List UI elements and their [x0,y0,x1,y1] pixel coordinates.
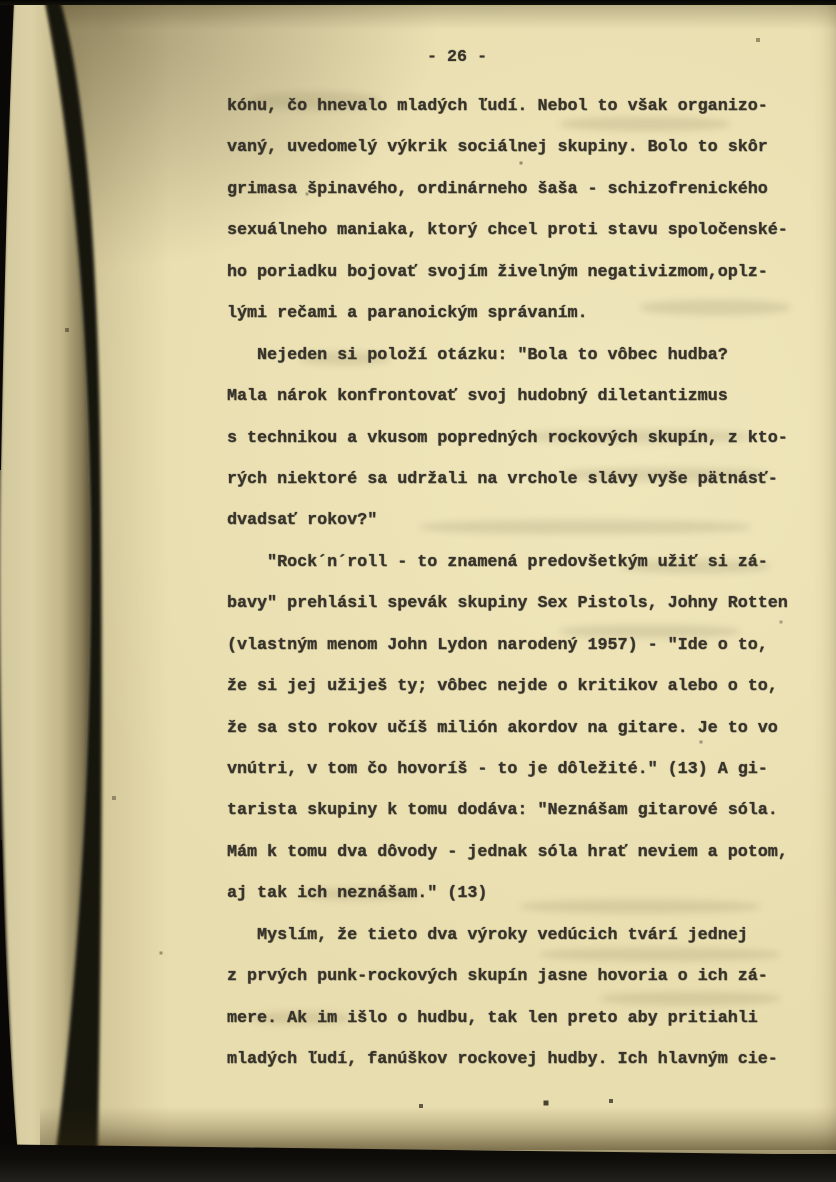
text-line: ho poriadku bojovať svojím živelným nega… [227,252,827,293]
text-line: že sa sto rokov učíš milión akordov na g… [227,708,827,749]
text-line: bavy" prehlásil spevák skupiny Sex Pisto… [227,583,827,624]
text-line: aj tak ich neznášam." (13) [227,873,827,914]
text-line: vnútri, v tom čo hovoríš - to je dôležit… [227,749,827,790]
text-line: z prvých punk-rockových skupín jasne hov… [227,956,827,997]
text-line: Myslím, že tieto dva výroky vedúcich tvá… [227,915,827,956]
text-line: "Rock´n´roll - to znamená predovšetkým u… [227,542,827,583]
text-line: s technikou a vkusom popredných rockovýc… [227,418,827,459]
text-line: mere. Ak im išlo o hudbu, tak len preto … [227,998,827,1039]
text-line: lými rečami a paranoickým správaním. [227,293,827,334]
text-line: mladých ľudí, fanúškov rockovej hudby. I… [227,1039,827,1080]
text-line: Mala nárok konfrontovať svoj hudobný dil… [227,376,827,417]
page-bottom-shadow [40,1106,836,1150]
text-line: Nejeden si položí otázku: "Bola to vôbec… [227,335,827,376]
text-line: Mám k tomu dva dôvody - jednak sóla hrať… [227,832,827,873]
scan-top-edge [0,0,836,5]
book-spine-gutter [0,0,140,1182]
scanned-book-photo: - 26 - kónu, čo hnevalo mladých ľudí. Ne… [0,0,836,1182]
text-line: vaný, uvedomelý výkrik sociálnej skupiny… [227,127,827,168]
text-line: že si jej užiješ ty; vôbec nejde o kriti… [227,666,827,707]
text-line: tarista skupiny k tomu dodáva: "Neznášam… [227,790,827,831]
text-line: (vlastným menom John Lydon narodený 1957… [227,625,827,666]
text-line: rých niektoré sa udržali na vrchole sláv… [227,459,827,500]
text-line: kónu, čo hnevalo mladých ľudí. Nebol to … [227,86,827,127]
text-block: kónu, čo hnevalo mladých ľudí. Nebol to … [227,86,827,1081]
text-line: dvadsať rokov?" [227,500,827,541]
page-number: - 26 - [427,48,487,68]
text-line: grimasa špinavého, ordinárneho šaša - sc… [227,169,827,210]
text-line: sexuálneho maniaka, ktorý chcel proti st… [227,210,827,251]
